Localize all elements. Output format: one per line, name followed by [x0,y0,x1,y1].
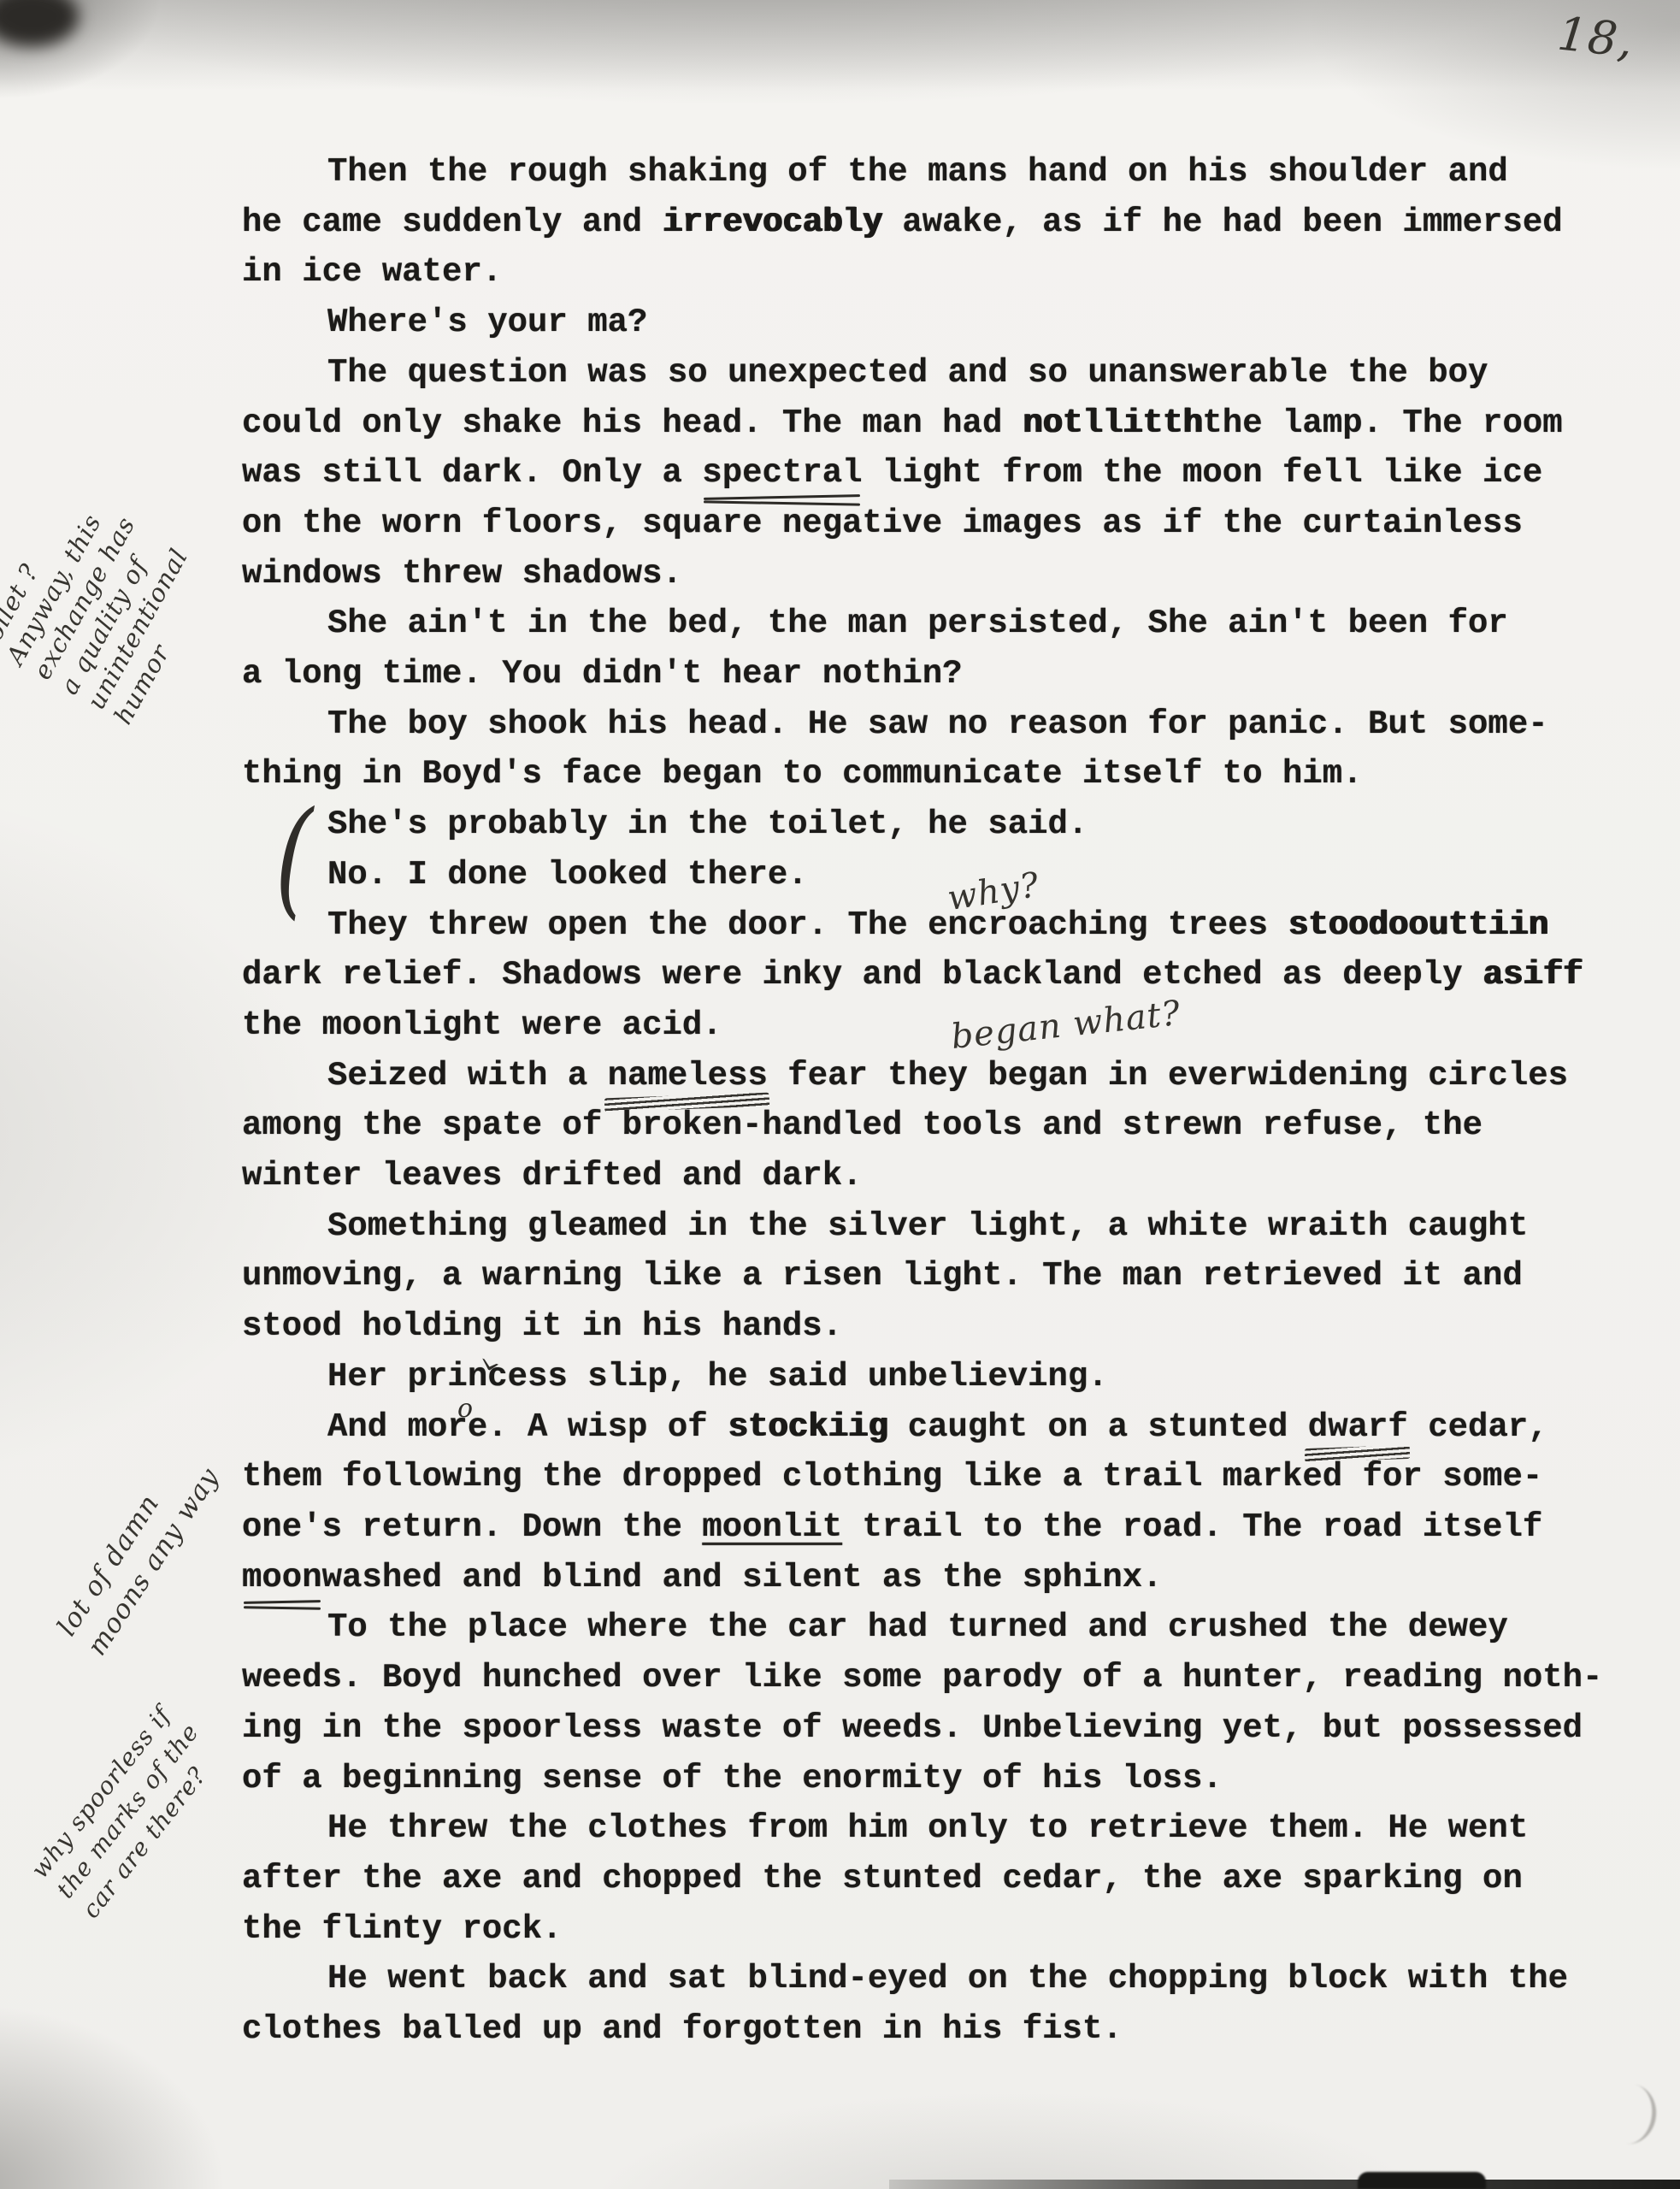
text-segment: He threw the clothes from him only to re… [327,1809,1528,1847]
typescript-line: of a beginning sense of the enormity of … [242,1754,1627,1804]
text-segment: He went back and sat blind-eyed on the c… [327,1960,1568,1997]
typescript-line: windows threw shadows. [242,549,1627,599]
text-segment: caught on a stunted [887,1408,1307,1446]
typescript-line: Then the rough shaking of the mans hand … [242,147,1627,198]
text-segment: a long time. You didn't hear nothin? [242,655,963,693]
text-segment: was still dark. Only a [242,454,702,492]
text-segment: moonlit [702,1508,842,1546]
typescript-line: he came suddenly and irrevocably awake, … [242,198,1627,248]
text-segment: on the worn floors, square negative imag… [242,504,1523,542]
text-segment: She's probably in the toilet, he said. [327,805,1088,843]
typescript-line: clothes balled up and forgotten in his f… [242,2004,1627,2055]
text-segment: thing in Boyd's face began to communicat… [242,755,1363,793]
text-segment: among the spate of broken-handled tools … [242,1106,1483,1144]
typescript-line: They threw open the door. The encroachin… [242,900,1627,951]
typescript-line: them following the dropped clothing like… [242,1452,1627,1502]
typescript-line: winter leaves drifted and dark. [242,1151,1627,1201]
typescript-line: thing in Boyd's face began to communicat… [242,749,1627,799]
text-segment: notllitth [1023,404,1203,442]
typescript-line: The boy shook his head. He saw no reason… [242,699,1627,750]
text-segment: The question was so unexpected and so un… [327,354,1488,392]
page-number: 18, [1555,7,1636,68]
text-segment: dwarf [1308,1408,1408,1446]
text-segment: light from the moon fell like ice [863,454,1543,492]
typescript-line: She's probably in the toilet, he said. [242,799,1627,850]
margin-note-toilet: toilet ?Anyway, thisexchange hasa qualit… [0,481,222,729]
typescript-line: moonwashed and blind and silent as the s… [242,1553,1627,1603]
text-segment: washed and blind and silent as the sphin… [322,1559,1163,1596]
text-segment: She ain't in the bed, the man persisted,… [327,605,1508,642]
text-segment: stood holding it in his hands. [242,1307,842,1345]
typescript-line: Something gleamed in the silver light, a… [242,1201,1627,1252]
typescript-line: weeds. Boyd hunched over like some parod… [242,1653,1627,1703]
paper-bottom-edge-shadow [889,2180,1680,2189]
text-segment: ing in the spoorless waste of weeds. Unb… [242,1709,1583,1747]
typescript-line: And more. A wisp of stockiig caught on a… [242,1402,1627,1453]
typescript-line: unmoving, a warning like a risen light. … [242,1251,1627,1301]
text-segment: cedar, [1408,1408,1548,1446]
typescript-line: He went back and sat blind-eyed on the c… [242,1954,1627,2004]
typescript-line: after the axe and chopped the stunted ce… [242,1854,1627,1904]
typescript-line: in ice water. [242,247,1627,298]
paper-top-shading [0,0,1680,90]
margin-note-spoorless: why spoorless ifthe marks of thecar are … [24,1697,233,1926]
typescript-line: could only shake his head. The man had n… [242,398,1627,449]
text-segment: stoodoouttiin [1288,906,1547,944]
typescript-line: No. I done looked there. [242,850,1627,900]
text-segment: windows threw shadows. [242,555,682,593]
text-segment: They threw open the door. The encroachin… [327,906,1288,944]
text-segment: irrevocably [662,204,881,241]
text-segment: Her princess slip, he said unbelieving. [327,1358,1108,1395]
typescript-line: To the place where the car had turned an… [242,1602,1627,1653]
text-segment: trail to the road. The road itself [842,1508,1542,1546]
text-segment: stockiig [728,1408,887,1446]
text-segment: he came suddenly and [242,204,662,241]
text-segment: spectral [702,454,862,492]
typescript-line: stood holding it in his hands. [242,1301,1627,1352]
typescript-line: He threw the clothes from him only to re… [242,1803,1627,1854]
typescript-line: dark relief. Shadows were inky and black… [242,950,1627,1000]
text-segment: Then the rough shaking of the mans hand … [327,153,1508,191]
text-segment: the flinty rock. [242,1910,562,1948]
typescript-line: ing in the spoorless waste of weeds. Unb… [242,1703,1627,1754]
text-segment: moon [242,1559,322,1596]
typescript-line: the flinty rock. [242,1904,1627,1955]
manuscript-page: 18, Then the rough shaking of the mans h… [0,0,1680,2189]
text-segment: one's return. Down the [242,1508,702,1546]
text-segment: fear they began in everwidening circles [768,1057,1568,1094]
typescript: Then the rough shaking of the mans hand … [242,147,1627,2055]
text-segment: winter leaves drifted and dark. [242,1157,863,1195]
typescript-line: was still dark. Only a spectral light fr… [242,448,1627,499]
text-segment: could only shake his head. The man had [242,404,1023,442]
typescript-line: Her princess slip, he said unbelieving. [242,1352,1627,1402]
typescript-line: The question was so unexpected and so un… [242,348,1627,398]
text-segment: after the axe and chopped the stunted ce… [242,1860,1523,1897]
text-segment: the lamp. The room [1202,404,1562,442]
text-segment: nameless [608,1057,768,1094]
text-segment: Seized with a [327,1057,608,1094]
typescript-line: Where's your ma? [242,298,1627,348]
text-segment: No. I done looked there. [327,856,808,894]
text-segment: Something gleamed in the silver light, a… [327,1207,1528,1245]
text-segment: clothes balled up and forgotten in his f… [242,2010,1123,2048]
typescript-line: on the worn floors, square negative imag… [242,499,1627,549]
text-segment: asiff [1483,956,1583,994]
margin-note-moons: lot of damnmoons any way [50,1442,228,1663]
typescript-line: She ain't in the bed, the man persisted,… [242,599,1627,649]
proofmark-under-princess: o [457,1394,474,1424]
text-segment: awake, as if he had been immersed [882,204,1563,241]
text-segment: unmoving, a warning like a risen light. … [242,1257,1523,1295]
text-segment: dark relief. Shadows were inky and black… [242,956,1483,994]
dialogue-brace-mark: ( [274,782,315,934]
text-segment: in ice water. [242,253,502,291]
text-segment: weeds. Boyd hunched over like some parod… [242,1659,1602,1696]
text-segment: And more. A wisp of [327,1408,728,1446]
typescript-line: the moonlight were acid. [242,1000,1627,1051]
text-segment: To the place where the car had turned an… [327,1608,1508,1646]
typescript-line: a long time. You didn't hear nothin? [242,649,1627,699]
typescript-line: among the spate of broken-handled tools … [242,1100,1627,1151]
corner-smudge [1608,2082,1659,2147]
typescript-line: Seized with a nameless fear they began i… [242,1051,1627,1101]
paper-bottom-stain [1358,2172,1486,2189]
text-segment: Where's your ma? [327,304,647,341]
text-segment: the moonlight were acid. [242,1006,722,1044]
text-segment: The boy shook his head. He saw no reason… [327,705,1548,743]
text-segment: of a beginning sense of the enormity of … [242,1760,1223,1797]
text-segment: them following the dropped clothing like… [242,1458,1542,1496]
typescript-line: one's return. Down the moonlit trail to … [242,1502,1627,1553]
